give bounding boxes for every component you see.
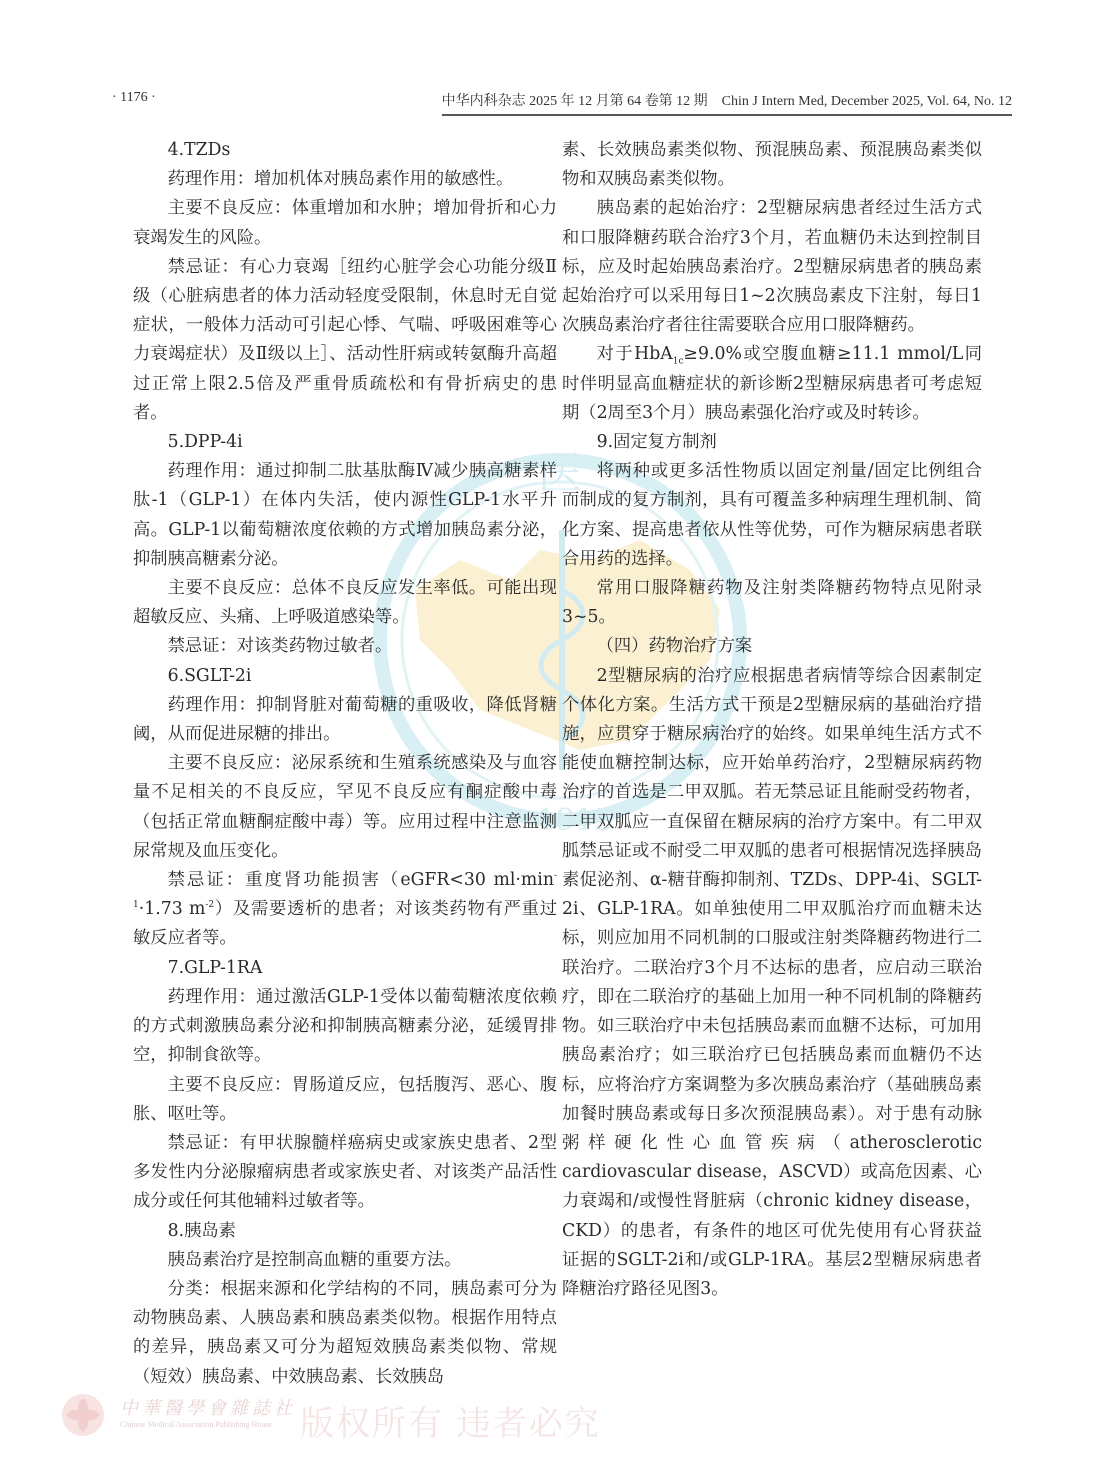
section-heading-dpp4i: 5.DPP-4i	[133, 428, 557, 457]
dpp4i-adverse-reactions: 主要不良反应：总体不良反应发生率低。可能出现超敏反应、头痛、上呼吸道感染等。	[133, 574, 557, 632]
glp1ra-adverse-reactions: 主要不良反应：胃肠道反应，包括腹泻、恶心、腹胀、呕吐等。	[133, 1071, 557, 1129]
subscript: 1c	[673, 357, 684, 367]
fixed-combination-body: 将两种或更多活性物质以固定剂量/固定比例组合而制成的复方制剂，具有可覆盖多种病理…	[562, 457, 982, 574]
glp1ra-contraindications: 禁忌证：有甲状腺髓样癌病史或家族史患者、2型多发性内分泌腺瘤病患者或家族史者、对…	[133, 1129, 557, 1217]
contraindication-text: 禁忌证：重度肾功能损害（eGFR<30 ml·min	[168, 870, 554, 890]
page-number: · 1176 ·	[112, 90, 156, 106]
glp1ra-pharmacology: 药理作用：通过激活GLP-1受体以葡萄糖浓度依赖的方式刺激胰岛素分泌和抑制胰高糖…	[133, 983, 557, 1071]
right-column: 素、长效胰岛素类似物、预混胰岛素、预混胰岛素类似物和双胰岛素类似物。 胰岛素的起…	[562, 136, 982, 1304]
dpp4i-pharmacology: 药理作用：通过抑制二肽基肽酶Ⅳ减少胰高糖素样肽-1（GLP-1）在体内失活，使内…	[133, 457, 557, 574]
publisher-name-cn: 中華醫學會雜誌社	[120, 1394, 296, 1420]
section-heading-sglt2i: 6.SGLT-2i	[133, 662, 557, 691]
section-heading-fixed-combination: 9.固定复方制剂	[562, 428, 982, 457]
insulin-initiation: 胰岛素的起始治疗：2型糖尿病患者经过生活方式和口服降糖药联合治疗3个月，若血糖仍…	[562, 194, 982, 340]
copyright-notice: 版权所有 违者必究	[300, 1396, 601, 1445]
publisher-logo-icon	[60, 1392, 106, 1438]
hba1c-text: 对于HbA	[597, 344, 673, 364]
insulin-classification-continued: 素、长效胰岛素类似物、预混胰岛素、预混胰岛素类似物和双胰岛素类似物。	[562, 136, 982, 194]
journal-citation: 中华内科杂志 2025 年 12 月第 64 卷第 12 期 Chin J In…	[442, 90, 1012, 116]
sglt2i-pharmacology: 药理作用：抑制肾脏对葡萄糖的重吸收，降低肾糖阈，从而促进尿糖的排出。	[133, 691, 557, 749]
sglt2i-contraindications: 禁忌证：重度肾功能损害（eGFR<30 ml·min-1·1.73 m-2）及需…	[133, 866, 557, 954]
left-column: 4.TZDs 药理作用：增加机体对胰岛素作用的敏感性。 主要不良反应：体重增加和…	[133, 136, 557, 1392]
section-heading-tzds: 4.TZDs	[133, 136, 557, 165]
dpp4i-contraindications: 禁忌证：对该类药物过敏者。	[133, 632, 557, 661]
contraindication-text: ·1.73 m	[139, 899, 206, 919]
treatment-regimen-body: 2型糖尿病的治疗应根据患者病情等综合因素制定个体化方案。生活方式干预是2型糖尿病…	[562, 662, 982, 1304]
section-heading-glp1ra: 7.GLP-1RA	[133, 954, 557, 983]
publisher-footer: 中華醫學會雜誌社 Chinese Medical Association Pub…	[60, 1392, 620, 1442]
section-heading-insulin: 8.胰岛素	[133, 1217, 557, 1246]
tzds-adverse-reactions: 主要不良反应：体重增加和水肿；增加骨折和心力衰竭发生的风险。	[133, 194, 557, 252]
superscript: -2	[205, 901, 214, 911]
appendix-reference: 常用口服降糖药物及注射类降糖药物特点见附录3~5。	[562, 574, 982, 632]
section-heading-treatment-regimen: （四）药物治疗方案	[562, 632, 982, 661]
insulin-intro: 胰岛素治疗是控制高血糖的重要方法。	[133, 1246, 557, 1275]
page-header: · 1176 · 中华内科杂志 2025 年 12 月第 64 卷第 12 期 …	[112, 88, 1012, 112]
tzds-pharmacology: 药理作用：增加机体对胰岛素作用的敏感性。	[133, 165, 557, 194]
publisher-name-en: Chinese Medical Association Publishing H…	[120, 1420, 272, 1429]
tzds-contraindications: 禁忌证：有心力衰竭［纽约心脏学会心功能分级Ⅱ级（心脏病患者的体力活动轻度受限制，…	[133, 253, 557, 428]
intensive-insulin-criteria: 对于HbA1c≥9.0%或空腹血糖≥11.1 mmol/L同时伴明显高血糖症状的…	[562, 340, 982, 428]
sglt2i-adverse-reactions: 主要不良反应：泌尿系统和生殖系统感染及与血容量不足相关的不良反应，罕见不良反应有…	[133, 749, 557, 866]
insulin-classification: 分类：根据来源和化学结构的不同，胰岛素可分为动物胰岛素、人胰岛素和胰岛素类似物。…	[133, 1275, 557, 1392]
